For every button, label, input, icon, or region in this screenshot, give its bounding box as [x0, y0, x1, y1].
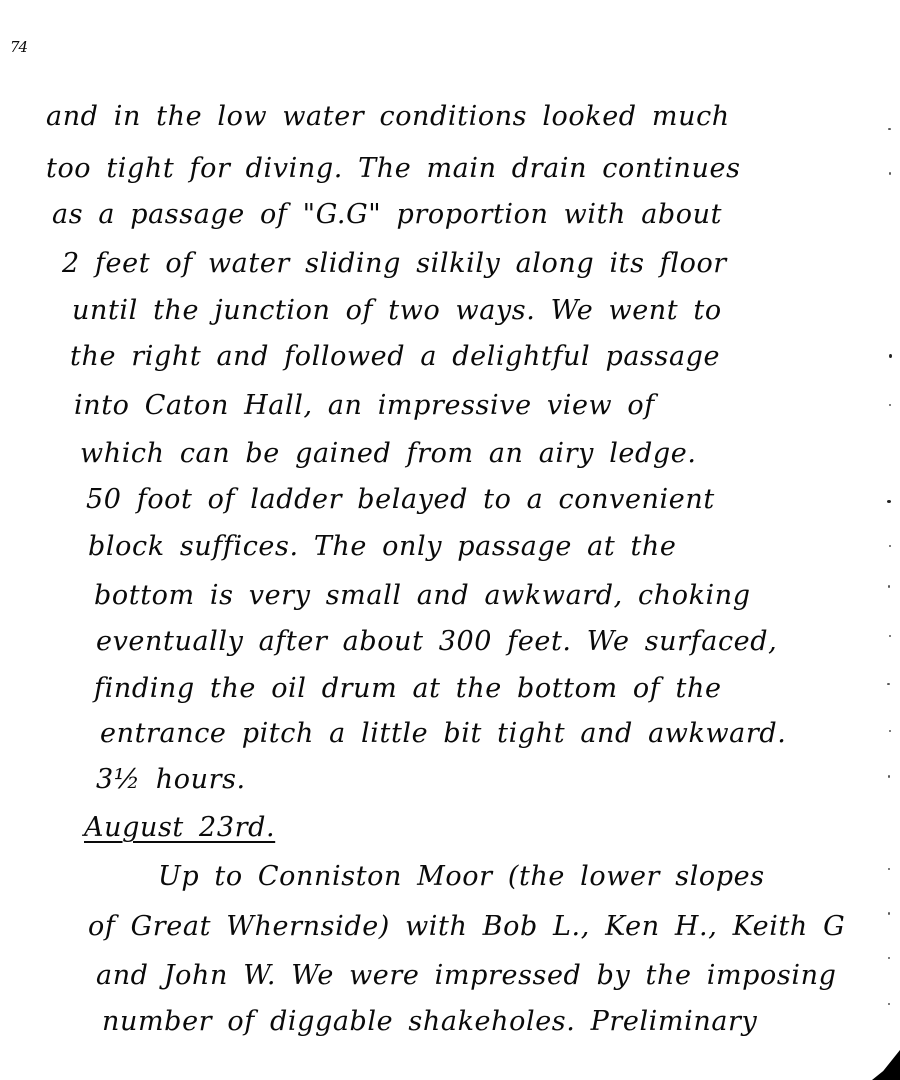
text-line: 3½ hours. [96, 766, 246, 793]
scan-speck [888, 128, 891, 130]
text-line: entrance pitch a little bit tight and aw… [100, 720, 786, 747]
scan-speck [887, 500, 891, 503]
scan-speck [889, 635, 891, 637]
scan-speck [888, 775, 890, 778]
scan-speck [888, 1003, 890, 1005]
text-line: block suffices. The only passage at the [88, 533, 676, 560]
scan-speck [889, 404, 891, 406]
text-line: 2 feet of water sliding silkily along it… [62, 250, 727, 277]
text-line: too tight for diving. The main drain con… [46, 155, 741, 182]
text-line: eventually after about 300 feet. We surf… [96, 628, 777, 655]
text-line: of Great Whernside) with Bob L., Ken H.,… [88, 913, 845, 940]
handwritten-page: 74 and in the low water conditions looke… [0, 0, 900, 1080]
text-line: 50 foot of ladder belayed to a convenien… [86, 486, 715, 513]
text-line: number of diggable shakeholes. Prelimina… [102, 1008, 757, 1035]
text-line: Up to Conniston Moor (the lower slopes [158, 863, 765, 890]
text-line: into Caton Hall, an impressive view of [74, 392, 655, 419]
scan-speck [889, 172, 891, 175]
scan-speck [888, 585, 890, 588]
text-line: the right and followed a delightful pass… [70, 343, 720, 370]
scan-speck [888, 868, 890, 870]
scan-speck [887, 683, 890, 685]
text-line: until the junction of two ways. We went … [72, 297, 722, 324]
text-line: bottom is very small and awkward, chokin… [94, 582, 751, 609]
scan-speck [889, 730, 891, 732]
text-line: which can be gained from an airy ledge. [80, 440, 697, 467]
text-line: finding the oil drum at the bottom of th… [94, 675, 722, 702]
text-line: and John W. We were impressed by the imp… [96, 962, 836, 989]
text-line: and in the low water conditions looked m… [46, 103, 730, 130]
scan-speck [888, 957, 890, 959]
text-line: as a passage of "G.G" proportion with ab… [52, 201, 722, 228]
entry-date-heading: August 23rd. [84, 814, 275, 841]
scan-speck [889, 545, 891, 547]
scan-speck [888, 912, 890, 915]
page-number: 74 [10, 38, 27, 56]
scan-edge-mark [872, 1050, 900, 1080]
scan-speck [889, 354, 892, 358]
